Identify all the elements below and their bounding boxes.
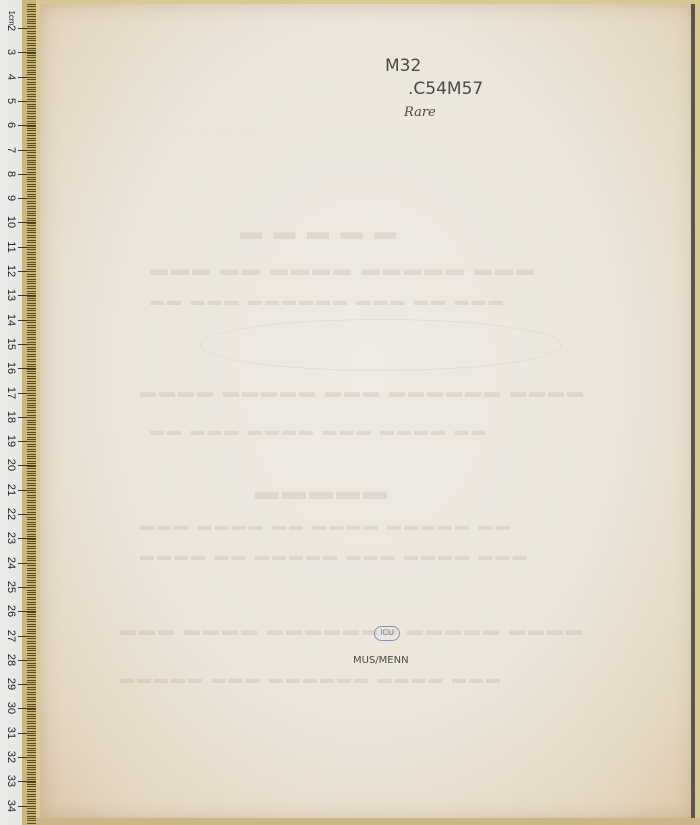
ruler-minor-tick [27, 531, 36, 532]
ruler-minor-tick [27, 257, 36, 258]
ruler-minor-tick [27, 403, 36, 404]
ruler-minor-tick [27, 218, 36, 219]
ruler-minor-tick [27, 62, 36, 63]
ruler-minor-tick [27, 252, 36, 253]
ruler-minor-tick [27, 420, 36, 421]
ruler-minor-tick [27, 714, 36, 715]
ruler-minor-tick [27, 458, 36, 459]
ruler-minor-tick [27, 342, 36, 343]
ruler-minor-tick [27, 534, 36, 535]
ruler-minor-tick [27, 602, 36, 603]
ruler-minor-tick [27, 317, 36, 318]
ruler-minor-tick [27, 300, 36, 301]
ruler-minor-tick [27, 245, 36, 246]
ruler-minor-tick [27, 519, 36, 520]
ruler-label: 26 [5, 601, 17, 621]
ruler-minor-tick [27, 228, 36, 229]
ruler-minor-tick [27, 728, 36, 729]
ruler-minor-tick [27, 87, 36, 88]
ruler-minor-tick [27, 471, 36, 472]
ruler-minor-tick [27, 179, 36, 180]
ruler-minor-tick [27, 488, 36, 489]
ruler-minor-tick [27, 801, 36, 802]
ruler-minor-tick [27, 77, 36, 78]
ruler-minor-tick [27, 237, 36, 238]
ruler-minor-tick [27, 249, 36, 250]
ruler-minor-tick [27, 655, 36, 656]
ruler-minor-tick [27, 138, 36, 139]
ruler-minor-tick [27, 621, 36, 622]
ruler-minor-tick [27, 587, 36, 588]
ruler-minor-tick [27, 106, 36, 107]
ruler-minor-tick [27, 663, 36, 664]
ruler-minor-tick [27, 126, 36, 127]
ruler-minor-tick [27, 259, 36, 260]
ruler-minor-tick [27, 604, 36, 605]
ruler-minor-tick [27, 556, 36, 557]
ruler-minor-tick [27, 650, 36, 651]
ruler-minor-tick [27, 437, 36, 438]
ruler-minor-tick [27, 609, 36, 610]
ruler-minor-tick [27, 220, 36, 221]
ruler-minor-tick [27, 359, 36, 360]
ruler-minor-tick [27, 718, 36, 719]
ruler-minor-tick [27, 19, 36, 20]
ruler-minor-tick [27, 507, 36, 508]
ruler-minor-tick [27, 330, 36, 331]
ruler-minor-tick [27, 565, 36, 566]
ruler-minor-tick [27, 570, 36, 571]
ruler-minor-tick [27, 752, 36, 753]
ruler-minor-tick [27, 271, 36, 272]
ruler-minor-tick [27, 308, 36, 309]
ruler-minor-tick [27, 48, 36, 49]
ruler-minor-tick [27, 33, 36, 34]
ruler-minor-tick [27, 203, 36, 204]
ruler-minor-tick [27, 765, 36, 766]
bleed-through-line: ▬▬▬ ▬▬▬▬ ▬▬▬▬▬▬▬ ▬▬▬▬▬ ▬▬▬▬ [120, 622, 585, 640]
ruler-minor-tick [27, 143, 36, 144]
library-stamp: ICU [374, 626, 400, 641]
ruler-minor-tick [27, 641, 36, 642]
ruler-minor-tick [27, 597, 36, 598]
bleed-through-line: · · · · · · · · · · · · · · · · · · · · … [150, 124, 430, 139]
ruler-minor-tick [27, 276, 36, 277]
ruler-minor-tick [27, 492, 36, 493]
ruler-minor-tick [27, 230, 36, 231]
ruler-minor-tick [27, 240, 36, 241]
ruler-minor-tick [27, 378, 36, 379]
ruler-label: 32 [5, 747, 17, 767]
ruler-minor-tick [27, 113, 36, 114]
ruler-minor-tick [27, 750, 36, 751]
ruler-minor-tick [27, 441, 36, 442]
ruler-minor-tick [27, 104, 36, 105]
ruler-minor-tick [27, 558, 36, 559]
ruler-label: 2 [5, 18, 17, 38]
ruler-minor-tick [27, 376, 36, 377]
ruler-minor-tick [27, 449, 36, 450]
ruler-minor-tick [27, 274, 36, 275]
ruler-minor-tick [27, 172, 36, 173]
ruler-minor-tick [27, 269, 36, 270]
ruler-minor-tick [27, 454, 36, 455]
ruler-label: 14 [5, 310, 17, 330]
ruler-label: 30 [5, 698, 17, 718]
ruler-minor-tick [27, 36, 36, 37]
ruler-minor-tick [27, 667, 36, 668]
ruler-minor-tick [27, 706, 36, 707]
ruler-minor-tick [27, 21, 36, 22]
ruler-minor-tick [27, 636, 36, 637]
ruler-minor-tick [27, 541, 36, 542]
ruler-minor-tick [27, 347, 36, 348]
ruler-minor-tick [27, 325, 36, 326]
ruler-minor-tick [27, 711, 36, 712]
ruler-minor-tick [27, 354, 36, 355]
ruler-minor-tick [27, 16, 36, 17]
ruler-minor-tick [27, 53, 36, 54]
ruler-label: 17 [5, 383, 17, 403]
ruler-minor-tick [27, 480, 36, 481]
ruler-minor-tick [27, 55, 36, 56]
ruler-minor-tick [27, 147, 36, 148]
ruler-label: 12 [5, 261, 17, 281]
ruler-minor-tick [27, 643, 36, 644]
ruler-minor-tick [27, 497, 36, 498]
ruler-minor-tick [27, 677, 36, 678]
ruler-minor-tick [27, 769, 36, 770]
ruler-minor-tick [27, 201, 36, 202]
ruler-label: 18 [5, 407, 17, 427]
ruler-minor-tick [27, 575, 36, 576]
ruler-minor-tick [27, 334, 36, 335]
ruler-minor-tick [27, 716, 36, 717]
page-right-edge [691, 4, 695, 819]
ruler-minor-tick [27, 169, 36, 170]
ruler-label: 23 [5, 528, 17, 548]
ruler-minor-tick [27, 512, 36, 513]
ruler-minor-tick [27, 315, 36, 316]
ruler-minor-tick [27, 463, 36, 464]
ruler-minor-tick [27, 322, 36, 323]
ruler-minor-tick [27, 648, 36, 649]
ruler-minor-tick [27, 65, 36, 66]
scan-bottom-edge [36, 818, 700, 825]
ruler-minor-tick [27, 213, 36, 214]
ruler-minor-tick [27, 101, 36, 102]
ruler-minor-tick [27, 551, 36, 552]
ruler-minor-tick [27, 684, 36, 685]
ruler-label: 28 [5, 650, 17, 670]
ruler-minor-tick [27, 735, 36, 736]
ruler-minor-tick [27, 473, 36, 474]
ruler-minor-tick [27, 723, 36, 724]
ruler-minor-tick [27, 777, 36, 778]
ruler-minor-tick [27, 762, 36, 763]
ruler-minor-tick [27, 733, 36, 734]
ruler-minor-tick [27, 211, 36, 212]
ruler-minor-tick [27, 38, 36, 39]
ruler-minor-tick [27, 526, 36, 527]
ruler-minor-tick [27, 191, 36, 192]
ruler-minor-tick [27, 701, 36, 702]
ruler-minor-tick [27, 111, 36, 112]
ruler-minor-tick [27, 502, 36, 503]
ruler-minor-tick [27, 478, 36, 479]
ruler-minor-tick [27, 320, 36, 321]
ruler-minor-tick [27, 177, 36, 178]
ruler-minor-tick [27, 755, 36, 756]
ruler-minor-tick [27, 6, 36, 7]
ruler-minor-tick [27, 417, 36, 418]
bleed-through-heading: ▬▬▬▬▬ [255, 479, 390, 506]
ruler-minor-tick [27, 118, 36, 119]
ruler-minor-tick [27, 599, 36, 600]
ruler-minor-tick [27, 680, 36, 681]
ruler-minor-tick [27, 760, 36, 761]
ruler-minor-tick [27, 660, 36, 661]
ruler-minor-tick [27, 721, 36, 722]
ruler-minor-tick [27, 327, 36, 328]
ruler-minor-tick [27, 818, 36, 819]
ruler-minor-tick [27, 811, 36, 812]
bleed-through-ornament [200, 319, 562, 371]
ruler-minor-tick [27, 786, 36, 787]
ruler-minor-tick [27, 456, 36, 457]
bleed-through-line: ▬▬ ▬▬▬ ▬▬▬▬▬▬ ▬▬▬ ▬▬ ▬▬▬ [150, 294, 506, 310]
ruler-minor-tick [27, 522, 36, 523]
ruler-minor-tick [27, 262, 36, 263]
ruler-minor-tick [27, 585, 36, 586]
ruler-minor-tick [27, 390, 36, 391]
ruler-minor-tick [27, 687, 36, 688]
ruler-minor-tick [27, 186, 36, 187]
rare-annotation: Rare [404, 105, 436, 120]
ruler-label: 31 [5, 723, 17, 743]
ruler-minor-tick [27, 726, 36, 727]
ruler-label: 9 [5, 188, 17, 208]
ruler-minor-tick [27, 40, 36, 41]
ruler-minor-tick [27, 446, 36, 447]
ruler-minor-tick [27, 539, 36, 540]
ruler-minor-tick [27, 9, 36, 10]
ruler-minor-tick [27, 67, 36, 68]
ruler-minor-tick [27, 774, 36, 775]
ruler-minor-tick [27, 517, 36, 518]
ruler-minor-tick [27, 461, 36, 462]
ruler-minor-tick [27, 140, 36, 141]
ruler-minor-tick [27, 799, 36, 800]
ruler-label: 27 [5, 626, 17, 646]
ruler-minor-tick [27, 675, 36, 676]
ruler-minor-tick [27, 332, 36, 333]
ruler-minor-tick [27, 400, 36, 401]
ruler-minor-tick [27, 196, 36, 197]
ruler-minor-tick [27, 215, 36, 216]
ruler-minor-tick [27, 794, 36, 795]
ruler-minor-tick [27, 573, 36, 574]
ruler-minor-tick [27, 283, 36, 284]
ruler-minor-tick [27, 624, 36, 625]
ruler-minor-tick [27, 296, 36, 297]
ruler-minor-tick [27, 483, 36, 484]
ruler-minor-tick [27, 806, 36, 807]
ruler-label: 4 [5, 67, 17, 87]
call-number-line1: M32 [385, 56, 421, 76]
ruler-minor-tick [27, 293, 36, 294]
bleed-through-line: ▬▬▬ ▬▬ ▬▬▬▬ ▬▬▬▬▬ ▬▬▬ [150, 259, 537, 280]
bleed-through-line: ▬▬▬▬ ▬▬▬▬▬ ▬▬▬ ▬▬▬▬▬▬ ▬▬▬▬ [140, 384, 586, 402]
ruler-minor-tick [27, 99, 36, 100]
ruler-minor-tick [27, 767, 36, 768]
bleed-through-title: ▬ ▬ ▬ ▬ ▬ [240, 219, 399, 245]
ruler-minor-tick [27, 791, 36, 792]
ruler-minor-tick [27, 130, 36, 131]
ruler-label: 5 [5, 91, 17, 111]
ruler-minor-tick [27, 422, 36, 423]
ruler-minor-tick [27, 72, 36, 73]
ruler-minor-tick [27, 135, 36, 136]
ruler-minor-tick [27, 11, 36, 12]
ruler-minor-tick [27, 145, 36, 146]
ruler-minor-tick [27, 160, 36, 161]
ruler-minor-tick [27, 631, 36, 632]
bleed-through-line: ▬▬▬ ▬▬▬▬ ▬▬ ▬▬▬▬ ▬▬▬▬▬ ▬▬ [140, 519, 513, 535]
ruler-minor-tick [27, 4, 36, 5]
ruler-minor-tick [27, 369, 36, 370]
ruler-label: 33 [5, 771, 17, 791]
ruler-minor-tick [27, 298, 36, 299]
ruler-minor-tick [27, 361, 36, 362]
ruler-minor-tick [27, 281, 36, 282]
bleed-through-line: ▬▬▬▬▬ ▬▬▬ ▬▬▬▬▬▬ ▬▬▬▬ ▬▬▬ [120, 672, 503, 688]
ruler-label: 7 [5, 140, 17, 160]
ruler-minor-tick [27, 28, 36, 29]
ruler-label: 6 [5, 115, 17, 135]
ruler-minor-tick [27, 665, 36, 666]
ruler-minor-tick [27, 444, 36, 445]
ruler-minor-tick [27, 393, 36, 394]
ruler-minor-tick [27, 133, 36, 134]
ruler-minor-tick [27, 70, 36, 71]
ruler-minor-tick [27, 14, 36, 15]
ruler-minor-tick [27, 232, 36, 233]
ruler-minor-tick [27, 529, 36, 530]
ruler-minor-tick [27, 816, 36, 817]
ruler-label: 24 [5, 553, 17, 573]
ruler-minor-tick [27, 254, 36, 255]
ruler-minor-tick [27, 373, 36, 374]
ruler-minor-tick [27, 612, 36, 613]
ruler-minor-tick [27, 108, 36, 109]
ruler-minor-tick [27, 682, 36, 683]
ruler-minor-tick [27, 424, 36, 425]
ruler-minor-tick [27, 405, 36, 406]
ruler-minor-tick [27, 43, 36, 44]
ruler-minor-tick [27, 653, 36, 654]
ruler-minor-tick [27, 266, 36, 267]
ruler-label: 11 [5, 237, 17, 257]
ruler-minor-tick [27, 84, 36, 85]
ruler-minor-tick [27, 563, 36, 564]
ruler-minor-tick [27, 638, 36, 639]
ruler-minor-tick [27, 468, 36, 469]
ruler-label: 19 [5, 431, 17, 451]
ruler-minor-tick [27, 381, 36, 382]
ruler-label: 21 [5, 480, 17, 500]
ruler-label: 8 [5, 164, 17, 184]
ruler-minor-tick [27, 546, 36, 547]
ruler-minor-tick [27, 337, 36, 338]
ruler-minor-tick [27, 568, 36, 569]
ruler-minor-tick [27, 349, 36, 350]
ruler-label: 34 [5, 796, 17, 816]
ruler-minor-tick [27, 89, 36, 90]
ruler-minor-tick [27, 429, 36, 430]
ruler-minor-tick [27, 772, 36, 773]
bleed-through-line: ▬▬▬▬ ▬▬ ▬▬▬▬▬ ▬▬▬ ▬▬▬▬ ▬▬▬ [140, 549, 530, 565]
ruler-minor-tick [27, 398, 36, 399]
ruler-minor-tick [27, 740, 36, 741]
ruler-minor-tick [27, 235, 36, 236]
ruler-minor-tick [27, 279, 36, 280]
ruler-minor-tick [27, 658, 36, 659]
ruler-minor-tick [27, 536, 36, 537]
document-page: · · · · · · · · · · · · · · · · · · · · … [40, 4, 695, 819]
ruler-minor-tick [27, 82, 36, 83]
ruler-minor-tick [27, 614, 36, 615]
ruler-minor-tick [27, 74, 36, 75]
ruler-minor-tick [27, 155, 36, 156]
ruler-minor-tick [27, 709, 36, 710]
ruler-minor-tick [27, 167, 36, 168]
ruler-minor-tick [27, 543, 36, 544]
ruler-minor-tick [27, 670, 36, 671]
ruler-minor-tick [27, 157, 36, 158]
ruler-label: 29 [5, 674, 17, 694]
ruler-minor-tick [27, 738, 36, 739]
ruler-minor-tick [27, 748, 36, 749]
ruler-minor-tick [27, 560, 36, 561]
ruler-minor-tick [27, 500, 36, 501]
ruler-minor-tick [27, 803, 36, 804]
ruler-minor-tick [27, 699, 36, 700]
ruler-minor-tick [27, 45, 36, 46]
ruler-minor-tick [27, 50, 36, 51]
measurement-ruler: 1cm 234567891011121314151617181920212223… [0, 0, 36, 825]
ruler-minor-tick [27, 223, 36, 224]
ruler-minor-tick [27, 26, 36, 27]
ruler-minor-tick [27, 184, 36, 185]
ruler-minor-tick [27, 548, 36, 549]
ruler-minor-tick [27, 594, 36, 595]
ruler-label: 22 [5, 504, 17, 524]
ruler-label: 16 [5, 358, 17, 378]
ruler-minor-tick [27, 434, 36, 435]
ruler-minor-tick [27, 808, 36, 809]
ruler-minor-tick [27, 96, 36, 97]
ruler-minor-tick [27, 626, 36, 627]
ruler-minor-tick [27, 242, 36, 243]
ruler-minor-tick [27, 121, 36, 122]
ruler-minor-tick [27, 820, 36, 821]
ruler-label: 10 [5, 212, 17, 232]
ruler-minor-tick [27, 208, 36, 209]
ruler-minor-tick [27, 823, 36, 824]
ruler-minor-tick [27, 162, 36, 163]
ruler-minor-tick [27, 344, 36, 345]
